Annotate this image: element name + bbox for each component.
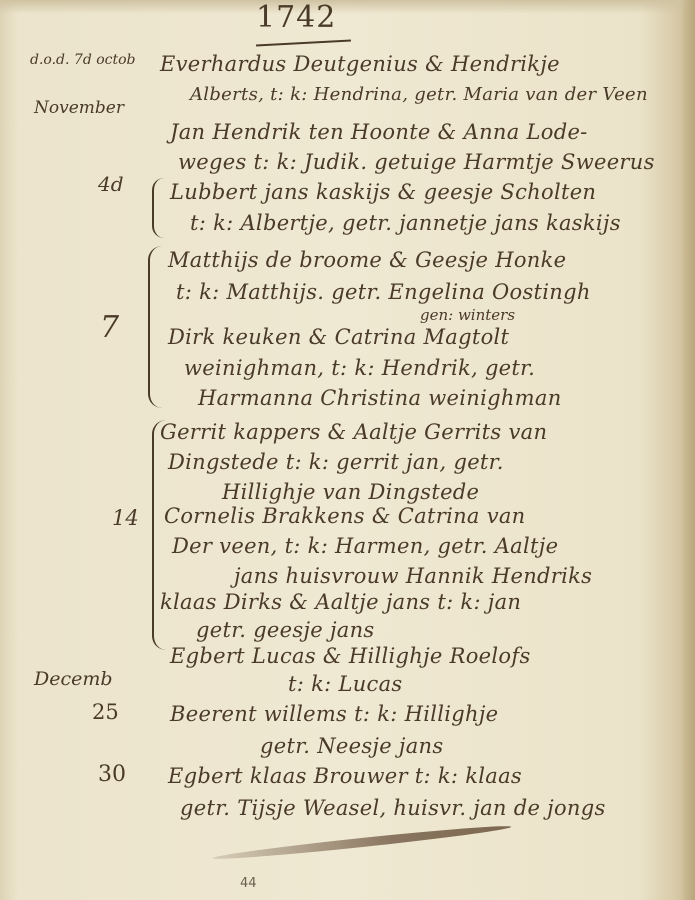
margin-month-november: November (34, 98, 124, 118)
brace-nov-7 (148, 246, 162, 408)
entry-line: getr. Tijsje Weasel, huisvr. jan de jong… (180, 796, 606, 820)
entry-line: Egbert klaas Brouwer t: k: klaas (168, 764, 522, 788)
entry-line: Jan Hendrik ten Hoonte & Anna Lode- (170, 120, 588, 144)
entry-note: gen: winters (420, 306, 515, 324)
entry-line: t: k: Matthijs. getr. Engelina Oostingh (176, 280, 591, 304)
entry-line: Alberts, t: k: Hendrina, getr. Maria van… (190, 84, 648, 105)
entry-line: Hillighje van Dingstede (222, 480, 479, 504)
entry-line: t: k: Albertje, getr. jannetje jans kask… (190, 211, 621, 235)
entry-line: Dingstede t: k: gerrit jan, getr. (168, 450, 504, 474)
entry-line: Cornelis Brakkens & Catrina van (164, 504, 526, 528)
entry-line: Gerrit kappers & Aaltje Gerrits van (160, 420, 547, 444)
entry-line: t: k: Lucas (288, 672, 403, 696)
brace-nov-14 (152, 420, 166, 650)
margin-day-4: 4d (98, 172, 124, 196)
margin-month-december: Decemb (34, 668, 113, 690)
page-edge (681, 0, 695, 900)
entry-line: getr. Neesje jans (260, 734, 443, 758)
entry-line: Harmanna Christina weinighman (198, 386, 562, 410)
margin-day-30: 30 (98, 762, 126, 787)
year-underline (256, 40, 351, 47)
entry-line: weges t: k: Judik. getuige Harmtje Sweer… (178, 150, 655, 174)
entry-line: Beerent willems t: k: Hillighje (170, 702, 498, 726)
entry-line: klaas Dirks & Aaltje jans t: k: jan (160, 590, 521, 614)
brace-nov-4 (152, 178, 164, 238)
entry-line: getr. geesje jans (196, 618, 375, 642)
register-page: 1742 d.o.d. 7d octob November 4d 7 14 De… (0, 0, 695, 900)
margin-date-october: d.o.d. 7d octob (30, 52, 136, 68)
entry-line: weinighman, t: k: Hendrik, getr. (184, 356, 535, 380)
year-heading: 1742 (256, 0, 336, 35)
margin-day-25: 25 (92, 700, 119, 724)
margin-day-14: 14 (112, 506, 139, 530)
entry-line: jans huisvrouw Hannik Hendriks (234, 564, 592, 588)
entry-line: Egbert Lucas & Hillighje Roelofs (170, 644, 531, 668)
closing-ink-stroke (212, 822, 511, 862)
entry-line: Der veen, t: k: Harmen, getr. Aaltje (172, 534, 558, 558)
entry-line: Matthijs de broome & Geesje Honke (168, 248, 566, 272)
entry-line: Lubbert jans kaskijs & geesje Scholten (170, 180, 596, 204)
entry-line: Dirk keuken & Catrina Magtolt (168, 325, 509, 349)
entry-line: Everhardus Deutgenius & Hendrikje (160, 52, 560, 76)
margin-day-7: 7 (100, 310, 119, 345)
page-number: 44 (240, 876, 257, 891)
